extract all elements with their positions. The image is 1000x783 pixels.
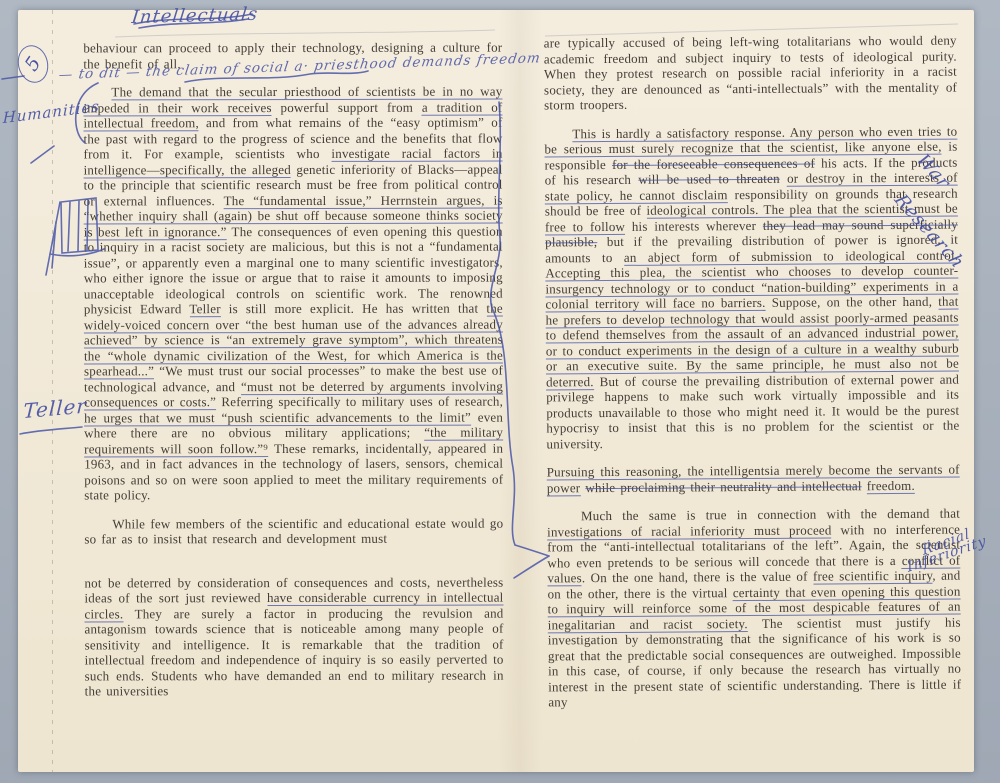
ink-underline: Teller <box>189 301 220 317</box>
ink-underline: investigate racial factors in intelligen… <box>84 146 503 178</box>
paragraph: not be deterred by consideration of cons… <box>84 574 503 699</box>
fold-crease-line <box>52 10 53 772</box>
ink-underline: freedom. <box>867 477 915 493</box>
ink-underline: investigations of racial inferiority mus… <box>547 522 832 540</box>
ink-underline: the widely-voiced concern over “the best… <box>84 301 503 380</box>
ink-underline: certainty that even opening this questio… <box>548 583 961 633</box>
paragraph: This is hardly a satisfactory response. … <box>544 123 959 451</box>
right-page-text-column: are typically accused of being left-wing… <box>544 33 962 710</box>
paper: behaviour can proceed to apply their tec… <box>18 10 974 772</box>
ink-strikethrough: will be used to threaten <box>638 171 779 187</box>
paragraph: Much the same is true in connection with… <box>547 506 961 710</box>
paragraph: are typically accused of being left-wing… <box>544 33 958 113</box>
ink-underline: This is hardly a satisfactory response. … <box>544 123 957 157</box>
ink-underline: he urges that we must “push scientific a… <box>84 409 471 426</box>
ink-underline: have considerable currency in intellectu… <box>84 590 503 622</box>
page-number: 5 <box>20 53 45 75</box>
scanned-document-spread: behaviour can proceed to apply their tec… <box>0 0 1000 783</box>
ink-strikethrough: while proclaiming their neutrality and i… <box>585 478 861 495</box>
crossed-out-heading-handwriting: Intellectuals <box>131 4 260 28</box>
paragraph: The demand that the secular priesthood o… <box>83 84 503 503</box>
left-page-text-column: behaviour can proceed to apply their tec… <box>83 40 503 699</box>
paragraph: While few members of the scientific and … <box>84 515 503 547</box>
ink-underline: “must not be deterred by arguments invol… <box>84 378 503 410</box>
ink-underline: The “fundamental issue,” Herrnstein argu… <box>84 192 503 240</box>
ink-strikethrough: for the foreseeable consequences of <box>612 155 815 171</box>
page-gutter-shading <box>498 10 542 772</box>
ink-underline: an abject form of submission to ideologi… <box>545 247 958 312</box>
paragraph: Pursuing this reasoning, the intelligent… <box>547 462 960 496</box>
ink-underline: “the military requirements will soon fol… <box>84 425 503 457</box>
